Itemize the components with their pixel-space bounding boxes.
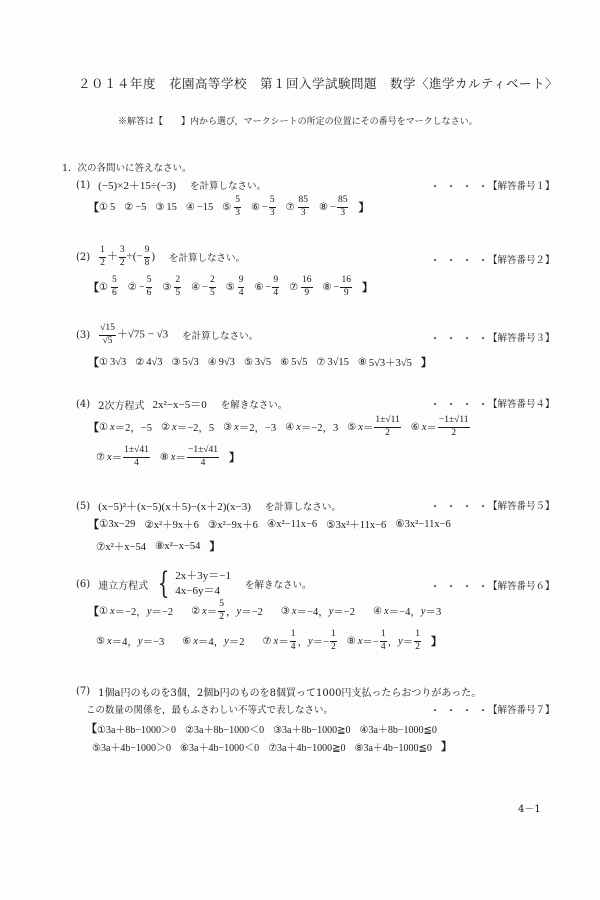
question-2: (2) 12＋32÷(−98) を計算しなさい。 (76, 246, 245, 268)
exam-title: ２０１４年度 花園高等学校 第１回入学試験問題 数学〈進学カルティベート〉 (78, 74, 558, 92)
option-4[interactable]: ④3a＋8b−1000≦0 (360, 721, 437, 736)
equation-system: { 2x＋3y＝−1 4x−6y＝4 (154, 569, 231, 599)
leader-dots: ・・・・ (430, 702, 494, 717)
equation-1: 2x＋3y＝−1 (175, 569, 231, 584)
options-row: 【 ①x＝2，−5 ②x＝−2，5 ③x＝2，−3 ④x＝−2，3 ⑤x＝1±√… (88, 416, 480, 438)
option-7[interactable]: ⑦853 (286, 196, 310, 218)
option-1[interactable]: ①3x−29 (99, 518, 135, 530)
option-8[interactable]: ⑧3a＋4b−1000≦0 (355, 739, 432, 754)
question-text: 1個a円のものを3個，2個b円のものを8個買って1000円支払ったらおつりがあっ… (98, 684, 481, 699)
option-8[interactable]: ⑧x＝−14，y＝12 (347, 630, 422, 652)
option-3[interactable]: ③25 (162, 276, 182, 298)
option-2[interactable]: ②3a＋8b−1000＜0 (185, 721, 264, 736)
options-row: 【 ①3x−29 ②x²＋9x＋6 ③x²−9x＋6 ④x²−11x−6 ⑤3x… (88, 516, 460, 532)
option-8[interactable]: ⑧x＝−1±√414 (160, 446, 220, 468)
option-6[interactable]: ⑥3a＋4b−1000＜0 (180, 739, 259, 754)
question-number: (5) (76, 501, 90, 512)
option-6[interactable]: ⑥3x²−11x−6 (395, 518, 451, 530)
option-7[interactable]: ⑦169 (289, 276, 313, 298)
question-instruction: を計算しなさい。 (190, 178, 266, 192)
option-1[interactable]: ①x＝−2，y＝−2 (99, 604, 173, 619)
option-4[interactable]: ④9√3 (208, 357, 235, 368)
option-6[interactable]: ⑥x＝−1±√112 (411, 416, 471, 438)
leader-dots: ・・・・ (430, 578, 494, 593)
option-5[interactable]: ⑤3a＋4b−1000＞0 (92, 739, 171, 754)
option-1[interactable]: ①3a＋8b−1000＞0 (97, 721, 176, 736)
option-7[interactable]: ⑦x²＋x−54 (96, 539, 146, 554)
option-7[interactable]: ⑦x＝14，y＝−12 (263, 630, 338, 652)
answer-number-label: 【解答番号６】 (488, 578, 555, 592)
option-4[interactable]: ④x＝−4，y＝3 (373, 604, 441, 619)
question-number: (1) (76, 180, 90, 191)
question-expression: √15√5＋√75 − √3 (98, 324, 168, 346)
question-instruction: を計算しなさい。 (182, 328, 258, 342)
option-3[interactable]: ③3a＋8b−1000≧0 (273, 721, 350, 736)
answer-number-label: 【解答番号３】 (488, 330, 555, 344)
question-instruction: を計算しなさい。 (265, 499, 341, 513)
question-instruction: を計算しなさい。 (169, 250, 245, 264)
section-heading: 1．次の各問いに答えなさい。 (62, 160, 192, 174)
leader-dots: ・・・・ (430, 498, 494, 513)
option-2[interactable]: ②x²＋9x＋6 (144, 517, 199, 532)
option-5[interactable]: ⑤3√5 (244, 357, 271, 368)
equation-2: 4x−6y＝4 (175, 584, 231, 599)
option-5[interactable]: ⑤3x²＋11x−6 (326, 517, 386, 532)
options-row: 【 ①56 ②−56 ③25 ④−25 ⑤94 ⑥−94 ⑦169 ⑧−169 … (88, 276, 373, 298)
option-6[interactable]: ⑥−53 (251, 196, 277, 218)
question-7-subtext: この数量の関係を，最もふさわしい不等式で表しなさい。 (86, 702, 333, 716)
options-row-continued: ⑦x²＋x−54 ⑧x²−x−54 】 (96, 538, 220, 554)
question-6: (6) 連立方程式 { 2x＋3y＝−1 4x−6y＝4 を解きなさい。 (76, 569, 312, 599)
question-number: (6) (76, 579, 90, 590)
answer-number-label: 【解答番号７】 (488, 702, 555, 716)
question-1: (1) (−5)×2＋15÷(−3) を計算しなさい。 (76, 177, 266, 193)
question-instruction: を解きなさい。 (245, 577, 312, 591)
question-7: (7) 1個a円のものを3個，2個b円のものを8個買って1000円支払ったらおつ… (76, 684, 481, 699)
question-number: (3) (76, 330, 90, 341)
question-prefix: 2次方程式 (98, 397, 144, 412)
option-5[interactable]: ⑤53 (222, 196, 242, 218)
leader-dots: ・・・・ (430, 396, 494, 411)
question-4: (4) 2次方程式 2x²−x−5＝0 を解きなさい。 (76, 396, 287, 412)
question-expression: (−5)×2＋15÷(−3) (98, 177, 176, 193)
options-row: 【 ①x＝−2，y＝−2 ②x＝52，y＝−2 ③x＝−4，y＝−2 ④x＝−4… (88, 600, 450, 622)
answer-instruction-note: ※解答は【 】内から選び，マークシートの所定の位置にその番号をマークしなさい。 (118, 114, 478, 127)
option-4[interactable]: ④x＝−2，3 (285, 420, 338, 435)
option-7[interactable]: ⑦3a＋4b−1000≧0 (268, 739, 345, 754)
option-2[interactable]: ②−56 (128, 276, 154, 298)
option-5[interactable]: ⑤x＝4，y＝−3 (96, 634, 164, 649)
leader-dots: ・・・・ (430, 178, 494, 193)
leader-dots: ・・・・ (430, 330, 494, 345)
option-7[interactable]: ⑦x＝1±√414 (96, 446, 151, 468)
option-4[interactable]: ④−25 (191, 276, 217, 298)
option-2[interactable]: ②x＝−2，5 (161, 420, 214, 435)
option-6[interactable]: ⑥5√5 (280, 357, 307, 368)
option-8[interactable]: ⑧5√3＋3√5 (358, 355, 412, 370)
options-row: 【 ①3√3 ②4√3 ③5√3 ④9√3 ⑤3√5 ⑥5√5 ⑦3√15 ⑧5… (88, 354, 432, 370)
options-row-continued: ⑤3a＋4b−1000＞0 ⑥3a＋4b−1000＜0 ⑦3a＋4b−1000≧… (92, 738, 452, 754)
question-expression: (x−5)²＋(x−5)(x＋5)−(x＋2)(x−3) (98, 498, 251, 514)
option-8[interactable]: ⑧−853 (319, 196, 349, 218)
question-instruction: を解きなさい。 (221, 397, 288, 411)
options-row: 【 ①5 ②−5 ③15 ④−15 ⑤53 ⑥−53 ⑦853 ⑧−853 】 (88, 196, 369, 218)
question-number: (2) (76, 252, 90, 263)
question-expression: 2x²−x−5＝0 (153, 396, 207, 412)
answer-number-label: 【解答番号１】 (488, 178, 555, 192)
option-4[interactable]: ④x²−11x−6 (267, 518, 317, 530)
options-row-continued: ⑦x＝1±√414 ⑧x＝−1±√414 】 (96, 446, 240, 468)
option-3[interactable]: ③x²−9x＋6 (208, 517, 258, 532)
option-2[interactable]: ②−5 (124, 202, 146, 213)
option-7[interactable]: ⑦3√15 (316, 357, 348, 368)
option-1[interactable]: ①3√3 (99, 357, 126, 368)
option-3[interactable]: ③5√3 (171, 357, 198, 368)
leader-dots: ・・・・ (430, 252, 494, 267)
answer-number-label: 【解答番号５】 (488, 498, 555, 512)
option-4[interactable]: ④−15 (186, 202, 213, 213)
option-8[interactable]: ⑧x²−x−54 (155, 540, 200, 552)
option-5[interactable]: ⑤94 (226, 276, 246, 298)
question-number: (4) (76, 399, 90, 410)
option-3[interactable]: ③x＝2，−3 (223, 420, 276, 435)
question-number: (7) (76, 686, 90, 697)
option-8[interactable]: ⑧−169 (323, 276, 353, 298)
option-6[interactable]: ⑥x＝4，y＝2 (182, 634, 244, 649)
question-5: (5) (x−5)²＋(x−5)(x＋5)−(x＋2)(x−3) を計算しなさい… (76, 498, 341, 514)
brace-icon: { (158, 569, 169, 599)
answer-number-label: 【解答番号２】 (488, 252, 555, 266)
option-1[interactable]: ①5 (99, 202, 115, 213)
question-prefix: 連立方程式 (98, 577, 148, 592)
page-number: 4－1 (518, 800, 541, 815)
option-6[interactable]: ⑥−94 (254, 276, 280, 298)
option-3[interactable]: ③15 (155, 202, 176, 213)
option-3[interactable]: ③x＝−4，y＝−2 (281, 604, 355, 619)
option-2[interactable]: ②4√3 (135, 357, 162, 368)
option-2[interactable]: ②x＝52，y＝−2 (191, 600, 263, 622)
options-row-continued: ⑤x＝4，y＝−3 ⑥x＝4，y＝2 ⑦x＝14，y＝−12 ⑧x＝−14，y＝… (96, 630, 442, 652)
option-1[interactable]: ①56 (99, 276, 119, 298)
question-3: (3) √15√5＋√75 − √3 を計算しなさい。 (76, 324, 258, 346)
answer-number-label: 【解答番号４】 (488, 396, 555, 410)
option-1[interactable]: ①x＝2，−5 (99, 420, 152, 435)
question-expression: 12＋32÷(−98) (98, 246, 155, 268)
options-row: 【 ①3a＋8b−1000＞0 ②3a＋8b−1000＜0 ③3a＋8b−100… (86, 720, 446, 736)
option-5[interactable]: ⑤x＝1±√112 (347, 416, 401, 438)
